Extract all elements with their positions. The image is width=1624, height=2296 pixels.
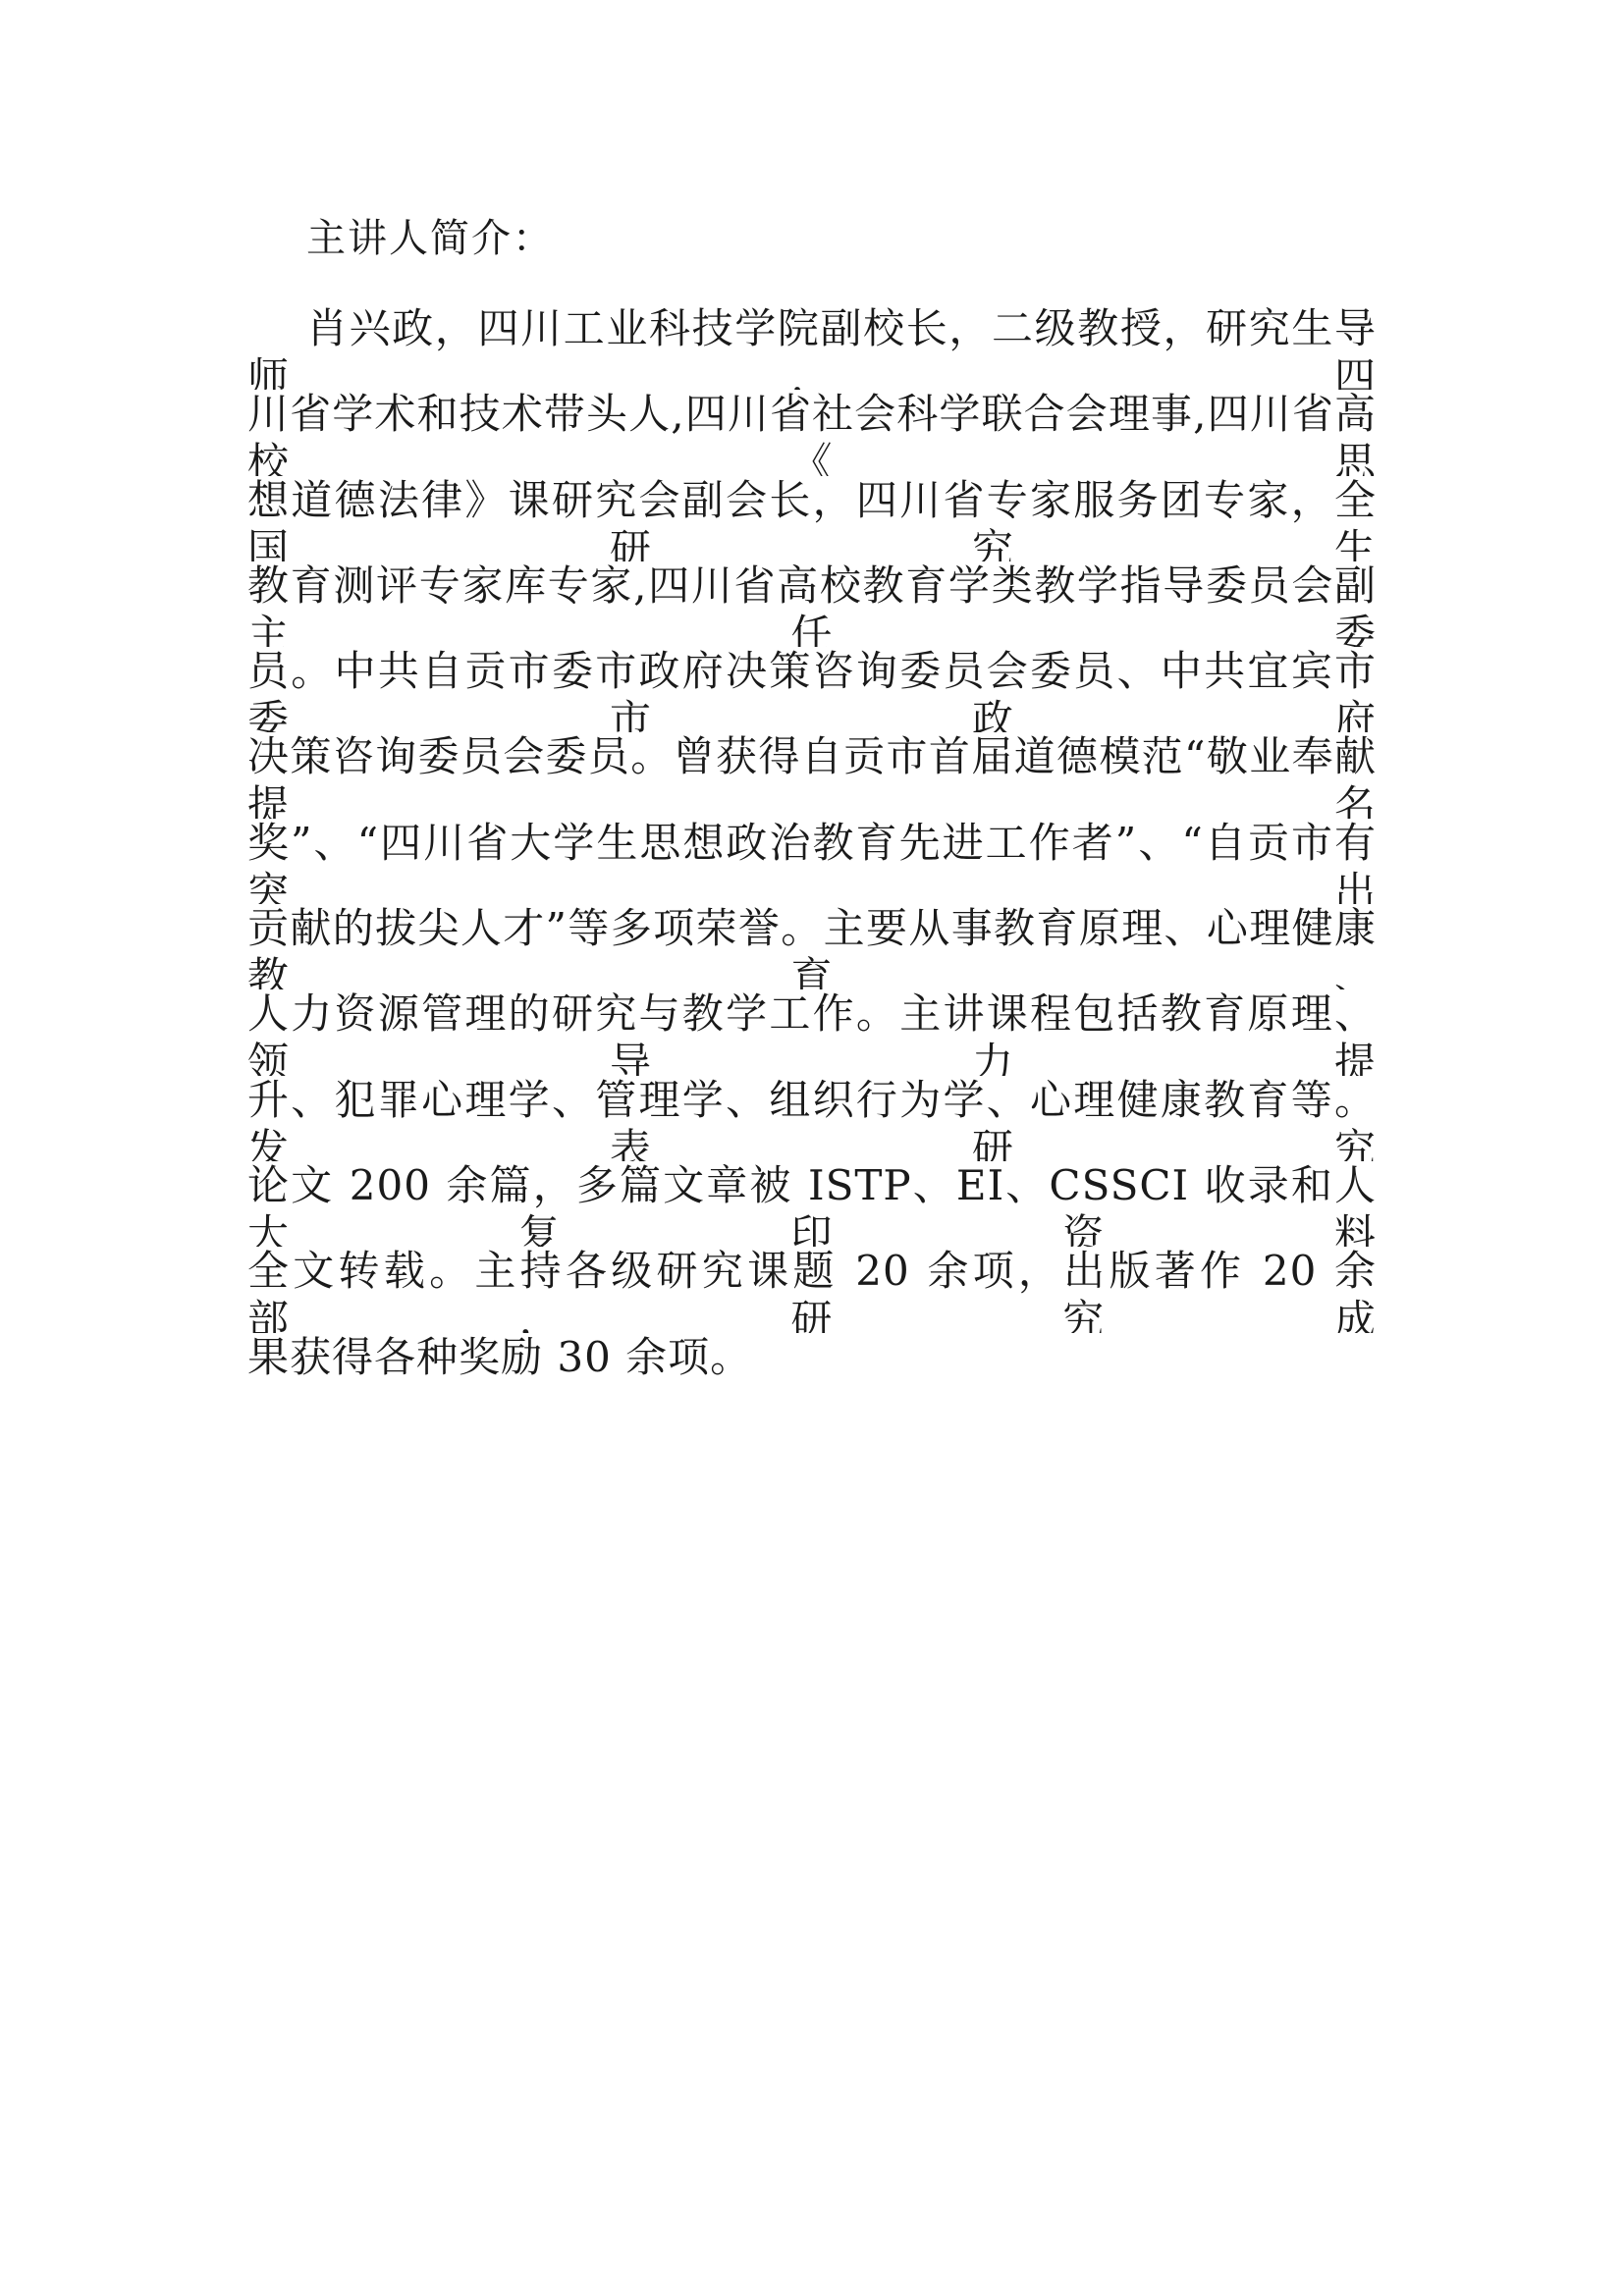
paragraph-line: 川省学术和技术带头人,四川省社会科学联合会理事,四川省高校《思 [247, 390, 1377, 475]
paragraph-line: 决策咨询委员会委员。曾获得自贡市首届道德模范“敬业奉献提名 [247, 732, 1377, 818]
paragraph-line: 教育测评专家库专家,四川省高校教育学类教学指导委员会副主任委 [247, 561, 1377, 647]
paragraph: 肖兴政，四川工业科技学院副校长，二级教授，研究生导师，四川省学术和技术带头人,四… [247, 304, 1377, 1418]
paragraph-line: 员。中共自贡市委市政府决策咨询委员会委员、中共宜宾市委市政府 [247, 647, 1377, 732]
paragraph-line: 肖兴政，四川工业科技学院副校长，二级教授，研究生导师，四 [247, 304, 1377, 390]
text-block: 主讲人简介： 肖兴政，四川工业科技学院副校长，二级教授，研究生导师，四川省学术和… [247, 216, 1377, 1418]
document-title: 主讲人简介： [247, 216, 1377, 261]
paragraph-line: 果获得各种奖励 30 余项。 [247, 1333, 1377, 1418]
paragraph-line: 贡献的拔尖人才”等多项荣誉。主要从事教育原理、心理健康教育、 [247, 904, 1377, 989]
paragraph-line: 升、犯罪心理学、管理学、组织行为学、心理健康教育等。发表研究 [247, 1076, 1377, 1161]
paragraph-line: 奖”、“四川省大学生思想政治教育先进工作者”、“自贡市有突出 [247, 819, 1377, 904]
paragraph-line: 想道德法律》课研究会副会长，四川省专家服务团专家，全国研究生 [247, 476, 1377, 561]
paragraph-line: 论文 200 余篇，多篇文章被 ISTP、EI、CSSCI 收录和人大复印资料 [247, 1161, 1377, 1247]
paragraph-line: 全文转载。主持各级研究课题 20 余项，出版著作 20 余部，研究成 [247, 1247, 1377, 1332]
document-page: 主讲人简介： 肖兴政，四川工业科技学院副校长，二级教授，研究生导师，四川省学术和… [0, 0, 1624, 2296]
paragraph-line: 人力资源管理的研究与教学工作。主讲课程包括教育原理、领导力提 [247, 989, 1377, 1075]
